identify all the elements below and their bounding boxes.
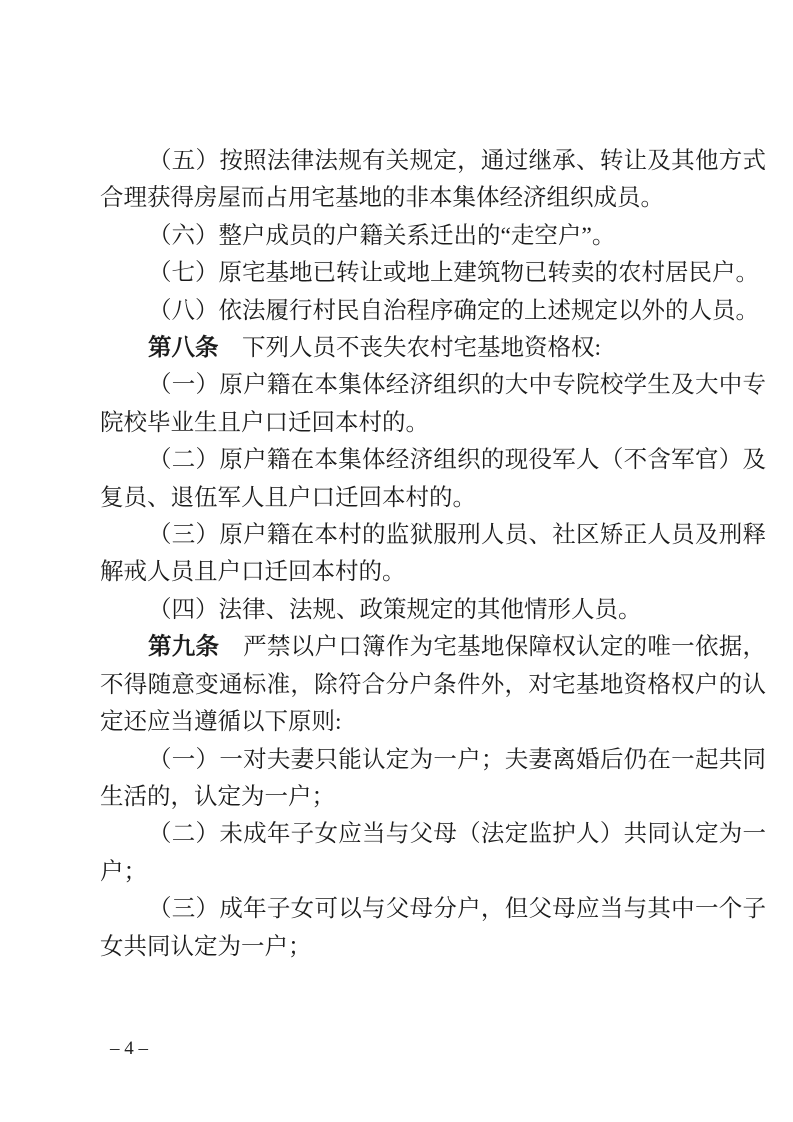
text-line: （六）整户成员的户籍关系迁出的“走空户”。 bbox=[100, 218, 766, 255]
text-line: （一）原户籍在本集体经济组织的大中专院校学生及大中专 bbox=[100, 367, 766, 404]
text-line: 不得随意变通标准，除符合分户条件外，对宅基地资格权户的认 bbox=[100, 667, 766, 704]
text-line: （八）依法履行村民自治程序确定的上述规定以外的人员。 bbox=[100, 293, 766, 330]
document-page: （五）按照法律法规有关规定，通过继承、转让及其他方式合理获得房屋而占用宅基地的非… bbox=[0, 0, 793, 1122]
text-line: 院校毕业生且户口迁回本村的。 bbox=[100, 405, 766, 442]
text-line: 女共同认定为一户； bbox=[100, 929, 766, 966]
text-line: 第九条 严禁以户口簿作为宅基地保障权认定的唯一依据， bbox=[100, 629, 766, 666]
text-line: 生活的，认定为一户； bbox=[100, 779, 766, 816]
text-line: （二）未成年子女应当与父母（法定监护人）共同认定为一 bbox=[100, 816, 766, 853]
text-line: 第八条 下列人员不丧失农村宅基地资格权: bbox=[100, 330, 766, 367]
text-line: （一）一对夫妻只能认定为一户；夫妻离婚后仍在一起共同 bbox=[100, 742, 766, 779]
text-line: （三）成年子女可以与父母分户，但父母应当与其中一个子 bbox=[100, 891, 766, 928]
text-line: （五）按照法律法规有关规定，通过继承、转让及其他方式 bbox=[100, 143, 766, 180]
text-line: （三）原户籍在本村的监狱服刑人员、社区矫正人员及刑释 bbox=[100, 517, 766, 554]
text-line: 户； bbox=[100, 854, 766, 891]
text-line: （七）原宅基地已转让或地上建筑物已转卖的农村居民户。 bbox=[100, 255, 766, 292]
text-line: 复员、退伍军人且户口迁回本村的。 bbox=[100, 480, 766, 517]
page-number: – 4 – bbox=[100, 1037, 158, 1061]
text-line: 合理获得房屋而占用宅基地的非本集体经济组织成员。 bbox=[100, 180, 766, 217]
text-line: 定还应当遵循以下原则: bbox=[100, 704, 766, 741]
article-heading: 第九条 bbox=[148, 634, 219, 660]
text-line: （四）法律、法规、政策规定的其他情形人员。 bbox=[100, 592, 766, 629]
article-heading: 第八条 bbox=[148, 335, 219, 361]
text-line: （二）原户籍在本集体经济组织的现役军人（不含军官）及 bbox=[100, 442, 766, 479]
text-line: 解戒人员且户口迁回本村的。 bbox=[100, 554, 766, 591]
document-lines: （五）按照法律法规有关规定，通过继承、转让及其他方式合理获得房屋而占用宅基地的非… bbox=[100, 143, 766, 966]
